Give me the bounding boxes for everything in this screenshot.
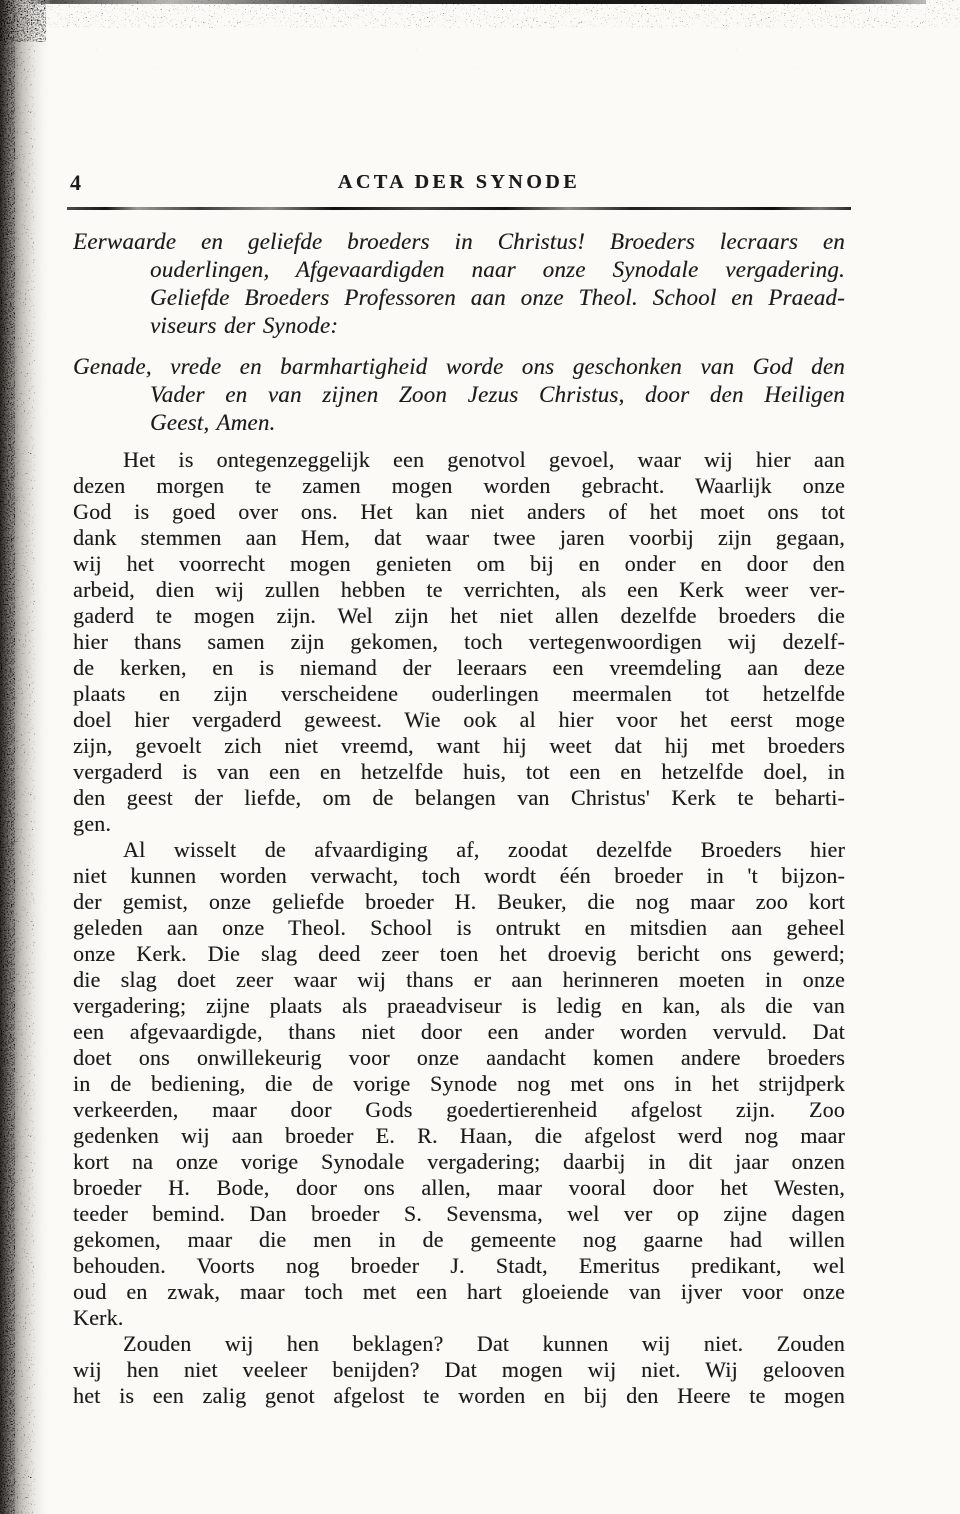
- text-line: kort na onze vorige Synodale vergadering…: [73, 1149, 845, 1175]
- text-line: vergadering; zijne plaats als praeadvise…: [73, 993, 845, 1019]
- text-line: arbeid, dien wij zullen hebben te verric…: [73, 577, 845, 603]
- page-number: 4: [70, 170, 82, 196]
- text-line: Eerwaarde en geliefde broeders in Christ…: [73, 228, 845, 256]
- paragraph: Eerwaarde en geliefde broeders in Christ…: [73, 228, 845, 340]
- text-line: wij hen niet veeleer benijden? Dat mogen…: [73, 1357, 845, 1383]
- text-line: Geliefde Broeders Professoren aan onze T…: [73, 284, 845, 312]
- text-line: die slag doet zeer waar wij thans er aan…: [73, 967, 845, 993]
- text-line: gekomen, maar die men in de gemeente nog…: [73, 1227, 845, 1253]
- text-line: het is een zalig genot afgelost te worde…: [73, 1383, 845, 1409]
- header-rule: [67, 207, 851, 210]
- text-line: Al wisselt de afvaardiging af, zoodat de…: [73, 837, 845, 863]
- text-line: God is goed over ons. Het kan niet ander…: [73, 499, 845, 525]
- text-line: broeder H. Bode, door ons allen, maar vo…: [73, 1175, 845, 1201]
- text-line: behouden. Voorts nog broeder J. Stadt, E…: [73, 1253, 845, 1279]
- scanned-book-page: 4 ACTA DER SYNODE Eerwaarde en geliefde …: [0, 0, 960, 1514]
- text-line: een afgevaardigde, thans niet door een a…: [73, 1019, 845, 1045]
- text-line: hier thans samen zijn gekomen, toch vert…: [73, 629, 845, 655]
- text-line: Zouden wij hen beklagen? Dat kunnen wij …: [73, 1331, 845, 1357]
- page-header: 4 ACTA DER SYNODE: [73, 167, 845, 197]
- text-line: Genade, vrede en barmhartigheid worde on…: [73, 353, 845, 381]
- text-line: gaderd te mogen zijn. Wel zijn het niet …: [73, 603, 845, 629]
- text-line: dezen morgen te zamen mogen worden gebra…: [73, 473, 845, 499]
- scan-top-edge-smear: [26, 0, 926, 4]
- text-line: onze Kerk. Die slag deed zeer toen het d…: [73, 941, 845, 967]
- text-line: niet kunnen worden verwacht, toch wordt …: [73, 863, 845, 889]
- text-line: gen.: [73, 811, 845, 837]
- text-line: den geest der liefde, om de belangen van…: [73, 785, 845, 811]
- text-line: doet ons onwillekeurig voor onze aandach…: [73, 1045, 845, 1071]
- text-line: vergaderd is van een en hetzelfde huis, …: [73, 759, 845, 785]
- scan-gutter-shadow: [0, 0, 50, 1514]
- text-line: wij het voorrecht mogen genieten om bij …: [73, 551, 845, 577]
- paragraph: Zouden wij hen beklagen? Dat kunnen wij …: [73, 1331, 845, 1409]
- text-line: der gemist, onze geliefde broeder H. Beu…: [73, 889, 845, 915]
- page-header-title: ACTA DER SYNODE: [73, 167, 845, 194]
- text-line: teeder bemind. Dan broeder S. Sevensma, …: [73, 1201, 845, 1227]
- text-line: in de bediening, die de vorige Synode no…: [73, 1071, 845, 1097]
- text-line: de kerken, en is niemand der leeraars ee…: [73, 655, 845, 681]
- text-line: zijn, gevoelt zich niet vreemd, want hij…: [73, 733, 845, 759]
- text-line: verkeerden, maar door Gods goedertierenh…: [73, 1097, 845, 1123]
- text-line: gedenken wij aan broeder E. R. Haan, die…: [73, 1123, 845, 1149]
- text-line: doel hier vergaderd geweest. Wie ook al …: [73, 707, 845, 733]
- text-line: oud en zwak, maar toch met een hart gloe…: [73, 1279, 845, 1305]
- text-line: geleden aan onze Theol. School is ontruk…: [73, 915, 845, 941]
- text-line: plaats en zijn verscheidene ouderlingen …: [73, 681, 845, 707]
- paragraph: Al wisselt de afvaardiging af, zoodat de…: [73, 837, 845, 1331]
- paragraph: Het is ontegenzeggelijk een genotvol gev…: [73, 447, 845, 837]
- text-line: Geest, Amen.: [73, 409, 845, 437]
- text-line: Kerk.: [73, 1305, 845, 1331]
- text-column: 4 ACTA DER SYNODE Eerwaarde en geliefde …: [73, 167, 845, 1409]
- text-line: viseurs der Synode:: [73, 312, 845, 340]
- text-line: Vader en van zijnen Zoon Jezus Christus,…: [73, 381, 845, 409]
- text-line: ouderlingen, Afgevaardigden naar onze Sy…: [73, 256, 845, 284]
- text-block: Eerwaarde en geliefde broeders in Christ…: [73, 228, 845, 1409]
- paragraph: Genade, vrede en barmhartigheid worde on…: [73, 353, 845, 437]
- text-line: Het is ontegenzeggelijk een genotvol gev…: [73, 447, 845, 473]
- text-line: dank stemmen aan Hem, dat waar twee jare…: [73, 525, 845, 551]
